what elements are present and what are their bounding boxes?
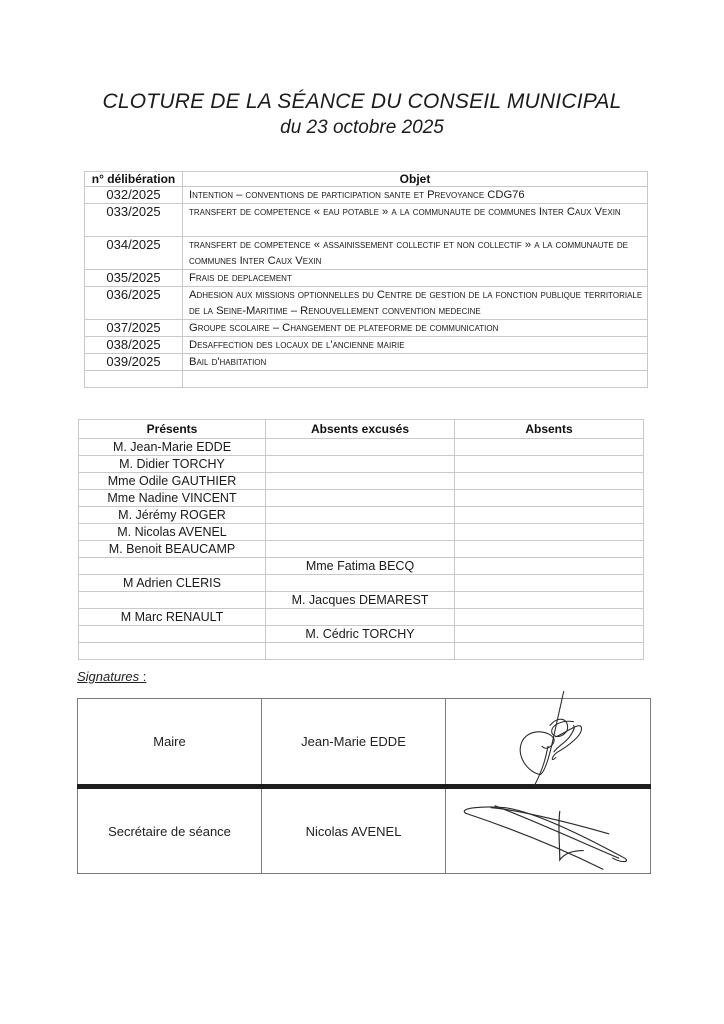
attendee-present: M Marc RENAULT (79, 609, 266, 626)
attendee-excused (266, 524, 455, 541)
attendee-absent (455, 609, 644, 626)
attendee-present: M. Jean-Marie EDDE (79, 439, 266, 456)
attendee-absent (455, 524, 644, 541)
attendee-excused: Mme Fatima BECQ (266, 558, 455, 575)
deliberation-number: 039/2025 (85, 354, 183, 371)
deliberation-object: Intention – conventions de participation… (183, 187, 648, 204)
attendee-present: Mme Odile GAUTHIER (79, 473, 266, 490)
table-row: Mme Odile GAUTHIER (79, 473, 644, 490)
table-row: Mme Nadine VINCENT (79, 490, 644, 507)
document-date: du 23 octobre 2025 (0, 117, 724, 139)
attendee-present: M. Nicolas AVENEL (79, 524, 266, 541)
table-row: M Adrien CLERIS (79, 575, 644, 592)
attendee-excused (266, 473, 455, 490)
attendee-excused (266, 575, 455, 592)
signatures-label: Signatures : (77, 669, 146, 684)
table-row (79, 643, 644, 660)
table-row: Mme Fatima BECQ (79, 558, 644, 575)
attendee-absent (455, 473, 644, 490)
table-row: M. Benoit BEAUCAMP (79, 541, 644, 558)
attendee-absent (455, 490, 644, 507)
table-row: M. Didier TORCHY (79, 456, 644, 473)
table-row-empty (85, 371, 648, 388)
attendee-present (79, 592, 266, 609)
deliberation-object: Adhesion aux missions optionnelles du Ce… (183, 287, 648, 320)
signatures-table: Maire Jean-Marie EDDE Secrétaire de séan… (77, 698, 651, 874)
signature-role: Maire (78, 699, 262, 787)
deliberation-number: 037/2025 (85, 320, 183, 337)
attendee-present (79, 626, 266, 643)
signature-row-mayor: Maire Jean-Marie EDDE (78, 699, 651, 787)
attendee-present: Mme Nadine VINCENT (79, 490, 266, 507)
signature-role: Secrétaire de séance (78, 787, 262, 874)
table-row: M. Jérémy ROGER (79, 507, 644, 524)
deliberation-object: transfert de competence « eau potable » … (183, 204, 648, 237)
handwritten-signature-icon (446, 789, 650, 873)
attendee-excused (266, 439, 455, 456)
table-row: 039/2025 Bail d'habitation (85, 354, 648, 371)
deliberation-object: Bail d'habitation (183, 354, 648, 371)
signatures-label-text: Signatures (77, 669, 139, 684)
attendee-excused (266, 490, 455, 507)
deliberation-number: 032/2025 (85, 187, 183, 204)
signatures-label-colon: : (139, 669, 146, 684)
table-row: M Marc RENAULT (79, 609, 644, 626)
attendee-excused (266, 507, 455, 524)
attendee-absent (455, 626, 644, 643)
attendee-excused (266, 609, 455, 626)
table-row: 038/2025 Desaffection des locaux de l'an… (85, 337, 648, 354)
deliberation-number (85, 371, 183, 388)
handwritten-signature-icon (446, 699, 650, 784)
attendee-present (79, 643, 266, 660)
deliberation-object: Desaffection des locaux de l'ancienne ma… (183, 337, 648, 354)
deliberation-number: 036/2025 (85, 287, 183, 320)
attendance-table: Présents Absents excusés Absents M. Jean… (78, 419, 644, 660)
attendee-excused (266, 456, 455, 473)
deliberation-object: Groupe scolaire – Changement de platefor… (183, 320, 648, 337)
column-header-present: Présents (79, 420, 266, 439)
table-row: M. Cédric TORCHY (79, 626, 644, 643)
attendee-absent (455, 507, 644, 524)
deliberation-number: 035/2025 (85, 270, 183, 287)
column-header-number: n° délibération (85, 172, 183, 187)
signature-name: Jean-Marie EDDE (262, 699, 446, 787)
signature-row-secretary: Secrétaire de séance Nicolas AVENEL (78, 787, 651, 874)
table-row: M. Jacques DEMAREST (79, 592, 644, 609)
attendee-absent (455, 592, 644, 609)
attendee-absent (455, 541, 644, 558)
column-header-object: Objet (183, 172, 648, 187)
deliberations-table: n° délibération Objet 032/2025 Intention… (84, 171, 648, 388)
column-header-absent: Absents (455, 420, 644, 439)
attendee-absent (455, 575, 644, 592)
deliberation-number: 033/2025 (85, 204, 183, 237)
deliberation-object (183, 371, 648, 388)
attendee-present: M. Benoit BEAUCAMP (79, 541, 266, 558)
attendee-absent (455, 643, 644, 660)
signature-cell (446, 787, 651, 874)
table-row: M. Jean-Marie EDDE (79, 439, 644, 456)
attendee-present: M. Jérémy ROGER (79, 507, 266, 524)
deliberation-number: 038/2025 (85, 337, 183, 354)
signature-name: Nicolas AVENEL (262, 787, 446, 874)
attendee-present: M. Didier TORCHY (79, 456, 266, 473)
attendee-excused: M. Cédric TORCHY (266, 626, 455, 643)
attendee-absent (455, 439, 644, 456)
table-row: 034/2025 transfert de competence « assai… (85, 237, 648, 270)
table-row: 036/2025 Adhesion aux missions optionnel… (85, 287, 648, 320)
table-row: M. Nicolas AVENEL (79, 524, 644, 541)
attendee-excused (266, 643, 455, 660)
deliberation-number: 034/2025 (85, 237, 183, 270)
document-title: CLOTURE DE LA SÉANCE DU CONSEIL MUNICIPA… (0, 90, 724, 114)
table-row: 033/2025 transfert de competence « eau p… (85, 204, 648, 237)
table-row: 032/2025 Intention – conventions de part… (85, 187, 648, 204)
attendee-present (79, 558, 266, 575)
signature-cell (446, 699, 651, 787)
deliberation-object: Frais de deplacement (183, 270, 648, 287)
deliberation-object: transfert de competence « assainissement… (183, 237, 648, 270)
attendee-absent (455, 456, 644, 473)
column-header-excused: Absents excusés (266, 420, 455, 439)
attendee-present: M Adrien CLERIS (79, 575, 266, 592)
table-row: 035/2025 Frais de deplacement (85, 270, 648, 287)
table-row: 037/2025 Groupe scolaire – Changement de… (85, 320, 648, 337)
deliberations-header-row: n° délibération Objet (85, 172, 648, 187)
attendee-absent (455, 558, 644, 575)
attendee-excused: M. Jacques DEMAREST (266, 592, 455, 609)
attendee-excused (266, 541, 455, 558)
attendance-header-row: Présents Absents excusés Absents (79, 420, 644, 439)
